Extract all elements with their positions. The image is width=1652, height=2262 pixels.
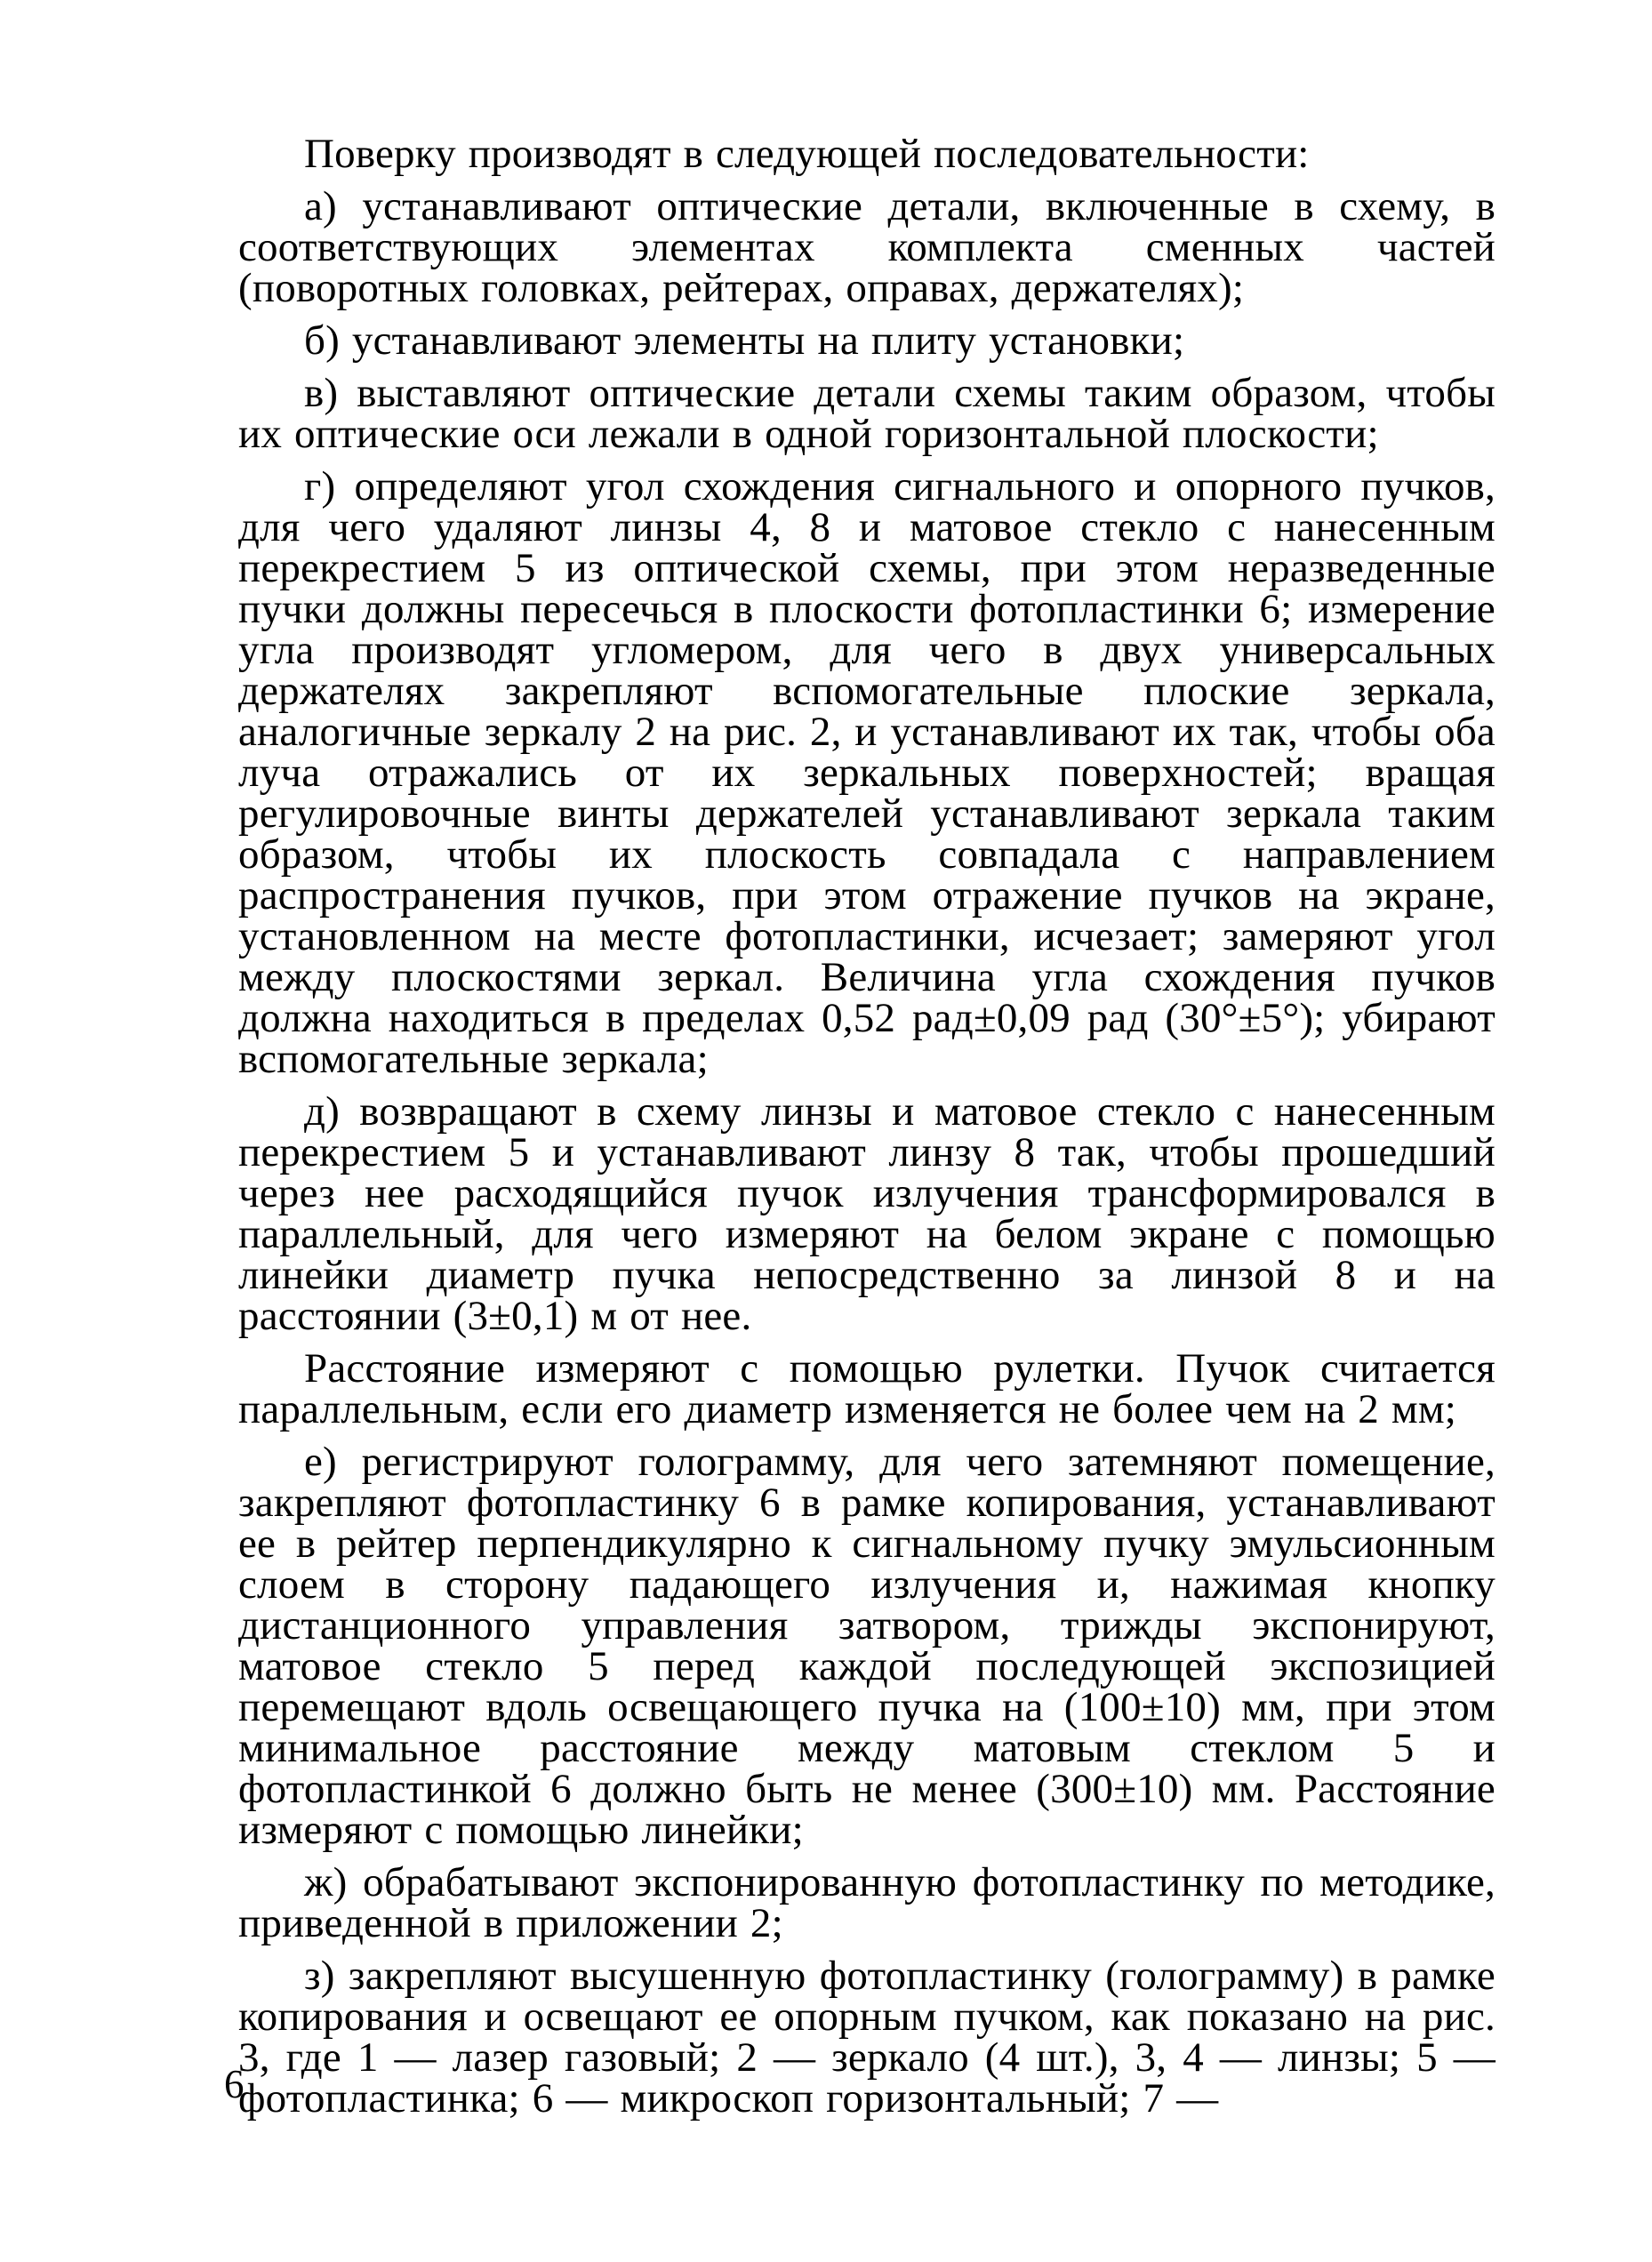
paragraph-item-e: е) регистрируют голограмму, для чего зат… [238,1441,1496,1850]
paragraph-note-distance: Расстояние измеряют с помощью рулетки. П… [238,1348,1496,1430]
paragraph-item-z: з) закрепляют высушенную фотопластинку (… [238,1955,1496,2119]
paragraph-item-v: в) выставляют оптические детали схемы та… [238,373,1496,454]
paragraph-item-a: а) устанавливают оптические детали, вклю… [238,186,1496,309]
document-page: Поверку производят в следующей последова… [0,0,1652,2262]
page-number: 6 [224,2065,245,2105]
paragraph-item-g: г) определяют угол схождения сигнального… [238,466,1496,1079]
paragraph-intro: Поверку производят в следующей последова… [238,133,1496,174]
paragraph-item-d: д) возвращают в схему линзы и матовое ст… [238,1091,1496,1336]
document-body: Поверку производят в следующей последова… [238,133,1496,2130]
paragraph-item-b: б) устанавливают элементы на плиту устан… [238,320,1496,361]
paragraph-item-zh: ж) обрабатывают экспонированную фотоплас… [238,1862,1496,1944]
